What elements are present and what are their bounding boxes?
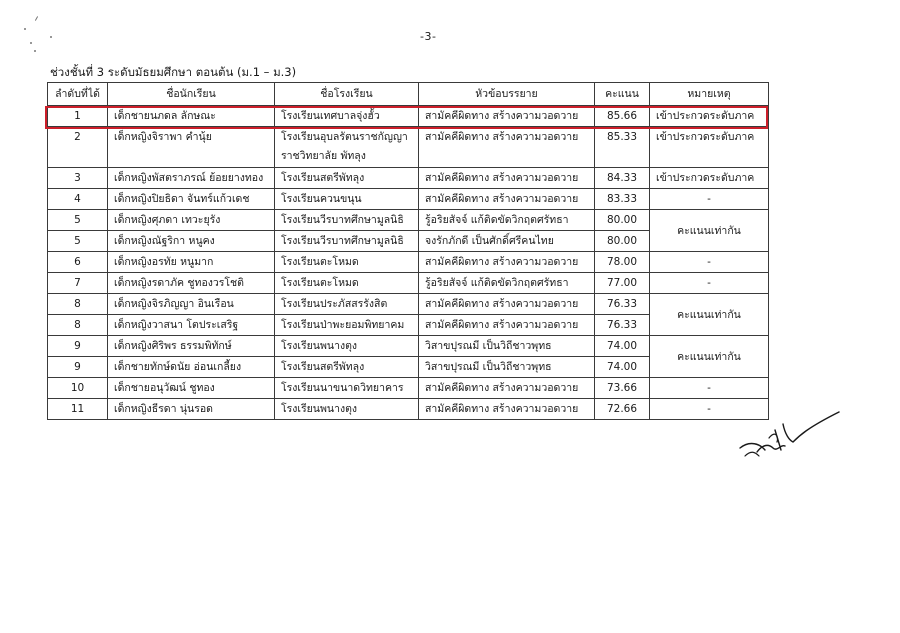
topic-cell: วิสาขปุรณมี เป็นวิถีชาวพุทธ <box>419 357 595 378</box>
school-name: โรงเรียนตะโหมด <box>281 256 359 268</box>
school-cell: โรงเรียนพนางตุง <box>275 336 419 357</box>
table-row: 4เด็กหญิงปิยธิดา จันทร์แก้วเดชโรงเรียนคว… <box>48 189 769 210</box>
score-cell: 84.33 <box>595 168 650 189</box>
topic-cell: สามัคคีผิดทาง สร้างความวอดวาย <box>419 168 595 189</box>
topic-cell: สามัคคีผิดทาง สร้างความวอดวาย <box>419 252 595 273</box>
rank-cell: 9 <box>48 357 108 378</box>
student-name-cell: เด็กหญิงณัฐริกา หนูคง <box>108 231 275 252</box>
table-row: 11เด็กหญิงธีรดา นุ่นรอดโรงเรียนพนางตุงสา… <box>48 399 769 420</box>
rank-cell: 11 <box>48 399 108 420</box>
topic-cell: สามัคคีผิดทาง สร้างความวอดวาย <box>419 399 595 420</box>
rank-cell: 8 <box>48 315 108 336</box>
table-row: 10เด็กชายอนุวัฒน์ ชูทองโรงเรียนนาขนาดวิท… <box>48 378 769 399</box>
rank-cell: 5 <box>48 210 108 231</box>
school-name: โรงเรียนควนขนุน <box>281 193 362 205</box>
table-row: 1เด็กชายนภดล ลักษณะโรงเรียนเทศบาลจุ่งฮั้… <box>48 106 769 127</box>
rank-cell: 9 <box>48 336 108 357</box>
note-cell: คะแนนเท่ากัน <box>650 336 769 378</box>
student-name-cell: เด็กหญิงอรทัย หนูมาก <box>108 252 275 273</box>
table-row: 3เด็กหญิงพัสตราภรณ์ ย้อยยางทองโรงเรียนสต… <box>48 168 769 189</box>
score-cell: 80.00 <box>595 210 650 231</box>
school-cell: โรงเรียนพนางตุง <box>275 399 419 420</box>
table-row: 5เด็กหญิงศุภดา เทวะยุรังโรงเรียนวีรบาทศึ… <box>48 210 769 231</box>
topic-cell: วิสาขปุรณมี เป็นวิถีชาวพุทธ <box>419 336 595 357</box>
score-cell: 76.33 <box>595 294 650 315</box>
rank-cell: 10 <box>48 378 108 399</box>
school-cell: โรงเรียนตะโหมด <box>275 273 419 294</box>
school-name: โรงเรียนตะโหมด <box>281 277 359 289</box>
student-name-cell: เด็กหญิงจิราพา คำนุ้ย <box>108 127 275 168</box>
rank-cell: 4 <box>48 189 108 210</box>
note-cell: คะแนนเท่ากัน <box>650 210 769 252</box>
note-cell: เข้าประกวดระดับภาค <box>650 127 769 168</box>
header-note: หมายเหตุ <box>650 83 769 106</box>
score-cell: 83.33 <box>595 189 650 210</box>
school-cell: โรงเรียนประภัสสรรังสิต <box>275 294 419 315</box>
school-cell: โรงเรียนนาขนาดวิทยาคาร <box>275 378 419 399</box>
school-cell: โรงเรียนสตรีพัทลุง <box>275 168 419 189</box>
school-name: โรงเรียนป่าพะยอมพิทยาคม <box>281 319 404 331</box>
score-cell: 85.33 <box>595 127 650 168</box>
table-row: 7เด็กหญิงรดาภัค ชูทองวรโชติโรงเรียนตะโหม… <box>48 273 769 294</box>
school-name: โรงเรียนเทศบาลจุ่งฮั้ว <box>281 110 380 122</box>
topic-cell: สามัคคีผิดทาง สร้างความวอดวาย <box>419 127 595 168</box>
table-row: 8เด็กหญิงจิรภิญญา อินเรือนโรงเรียนประภัส… <box>48 294 769 315</box>
school-cell: โรงเรียนเทศบาลจุ่งฮั้ว <box>275 106 419 127</box>
score-cell: 73.66 <box>595 378 650 399</box>
student-name-cell: เด็กหญิงปิยธิดา จันทร์แก้วเดช <box>108 189 275 210</box>
school-name-line2: ราชวิทยาลัย พัทลุง <box>281 147 412 165</box>
topic-cell: สามัคคีผิดทาง สร้างความวอดวาย <box>419 378 595 399</box>
student-name-cell: เด็กหญิงศิริพร ธรรมพิทักษ์ <box>108 336 275 357</box>
student-name-cell: เด็กหญิงศุภดา เทวะยุรัง <box>108 210 275 231</box>
school-name: โรงเรียนประภัสสรรังสิต <box>281 298 387 310</box>
score-cell: 76.33 <box>595 315 650 336</box>
school-cell: โรงเรียนอุบลรัตนราชกัญญาราชวิทยาลัย พัทล… <box>275 127 419 168</box>
school-cell: โรงเรียนวีรบาทศึกษามูลนิธิ <box>275 210 419 231</box>
note-cell: - <box>650 378 769 399</box>
rank-cell: 5 <box>48 231 108 252</box>
note-cell: คะแนนเท่ากัน <box>650 294 769 336</box>
score-cell: 80.00 <box>595 231 650 252</box>
score-cell: 85.66 <box>595 106 650 127</box>
student-name-cell: เด็กชายนภดล ลักษณะ <box>108 106 275 127</box>
student-name-cell: เด็กหญิงธีรดา นุ่นรอด <box>108 399 275 420</box>
student-name-cell: เด็กหญิงรดาภัค ชูทองวรโชติ <box>108 273 275 294</box>
score-cell: 74.00 <box>595 357 650 378</box>
topic-cell: สามัคคีผิดทาง สร้างความวอดวาย <box>419 294 595 315</box>
header-topic: หัวข้อบรรยาย <box>419 83 595 106</box>
note-cell: - <box>650 189 769 210</box>
note-cell: เข้าประกวดระดับภาค <box>650 168 769 189</box>
rank-cell: 8 <box>48 294 108 315</box>
school-cell: โรงเรียนตะโหมด <box>275 252 419 273</box>
table-header-row: ลำดับที่ได้ ชื่อนักเรียน ชื่อโรงเรียน หั… <box>48 83 769 106</box>
topic-cell: จงรักภักดี เป็นศักดิ์ศรีคนไทย <box>419 231 595 252</box>
topic-cell: สามัคคีผิดทาง สร้างความวอดวาย <box>419 189 595 210</box>
results-table: ลำดับที่ได้ ชื่อนักเรียน ชื่อโรงเรียน หั… <box>47 82 769 420</box>
student-name-cell: เด็กชายอนุวัฒน์ ชูทอง <box>108 378 275 399</box>
header-rank: ลำดับที่ได้ <box>48 83 108 106</box>
rank-cell: 7 <box>48 273 108 294</box>
section-title: ช่วงชั้นที่ 3 ระดับมัธยมศึกษา ตอนต้น (ม.… <box>50 64 296 82</box>
score-cell: 74.00 <box>595 336 650 357</box>
score-cell: 72.66 <box>595 399 650 420</box>
table-row: 6เด็กหญิงอรทัย หนูมากโรงเรียนตะโหมดสามัค… <box>48 252 769 273</box>
header-student: ชื่อนักเรียน <box>108 83 275 106</box>
school-name: โรงเรียนสตรีพัทลุง <box>281 172 364 184</box>
score-cell: 77.00 <box>595 273 650 294</box>
note-cell: เข้าประกวดระดับภาค <box>650 106 769 127</box>
school-name: โรงเรียนพนางตุง <box>281 340 357 352</box>
note-cell: - <box>650 252 769 273</box>
school-name: โรงเรียนวีรบาทศึกษามูลนิธิ <box>281 235 404 247</box>
table-body: 1เด็กชายนภดล ลักษณะโรงเรียนเทศบาลจุ่งฮั้… <box>48 106 769 420</box>
school-cell: โรงเรียนป่าพะยอมพิทยาคม <box>275 315 419 336</box>
school-cell: โรงเรียนควนขนุน <box>275 189 419 210</box>
school-name: โรงเรียนสตรีพัทลุง <box>281 361 364 373</box>
signature <box>735 400 845 460</box>
student-name-cell: เด็กหญิงพัสตราภรณ์ ย้อยยางทอง <box>108 168 275 189</box>
school-name: โรงเรียนอุบลรัตนราชกัญญา <box>281 131 408 143</box>
header-score: คะแนน <box>595 83 650 106</box>
scan-specks <box>22 14 72 54</box>
rank-cell: 6 <box>48 252 108 273</box>
rank-cell: 1 <box>48 106 108 127</box>
student-name-cell: เด็กหญิงจิรภิญญา อินเรือน <box>108 294 275 315</box>
school-name: โรงเรียนพนางตุง <box>281 403 357 415</box>
rank-cell: 2 <box>48 127 108 168</box>
score-cell: 78.00 <box>595 252 650 273</box>
topic-cell: สามัคคีผิดทาง สร้างความวอดวาย <box>419 106 595 127</box>
note-cell: - <box>650 273 769 294</box>
student-name-cell: เด็กชายทักษ์ดนัย อ่อนเกลี้ยง <box>108 357 275 378</box>
school-name: โรงเรียนวีรบาทศึกษามูลนิธิ <box>281 214 404 226</box>
topic-cell: รู้อริยสัจจ์ แก้ติดขัดวิกฤตศรัทธา <box>419 273 595 294</box>
topic-cell: สามัคคีผิดทาง สร้างความวอดวาย <box>419 315 595 336</box>
header-school: ชื่อโรงเรียน <box>275 83 419 106</box>
student-name-cell: เด็กหญิงวาสนา โตประเสริฐ <box>108 315 275 336</box>
page-number: -3- <box>420 30 436 43</box>
table-row: 2เด็กหญิงจิราพา คำนุ้ยโรงเรียนอุบลรัตนรา… <box>48 127 769 168</box>
topic-cell: รู้อริยสัจจ์ แก้ติดขัดวิกฤตศรัทธา <box>419 210 595 231</box>
school-name: โรงเรียนนาขนาดวิทยาคาร <box>281 382 404 394</box>
table-row: 9เด็กหญิงศิริพร ธรรมพิทักษ์โรงเรียนพนางต… <box>48 336 769 357</box>
school-cell: โรงเรียนวีรบาทศึกษามูลนิธิ <box>275 231 419 252</box>
school-cell: โรงเรียนสตรีพัทลุง <box>275 357 419 378</box>
rank-cell: 3 <box>48 168 108 189</box>
